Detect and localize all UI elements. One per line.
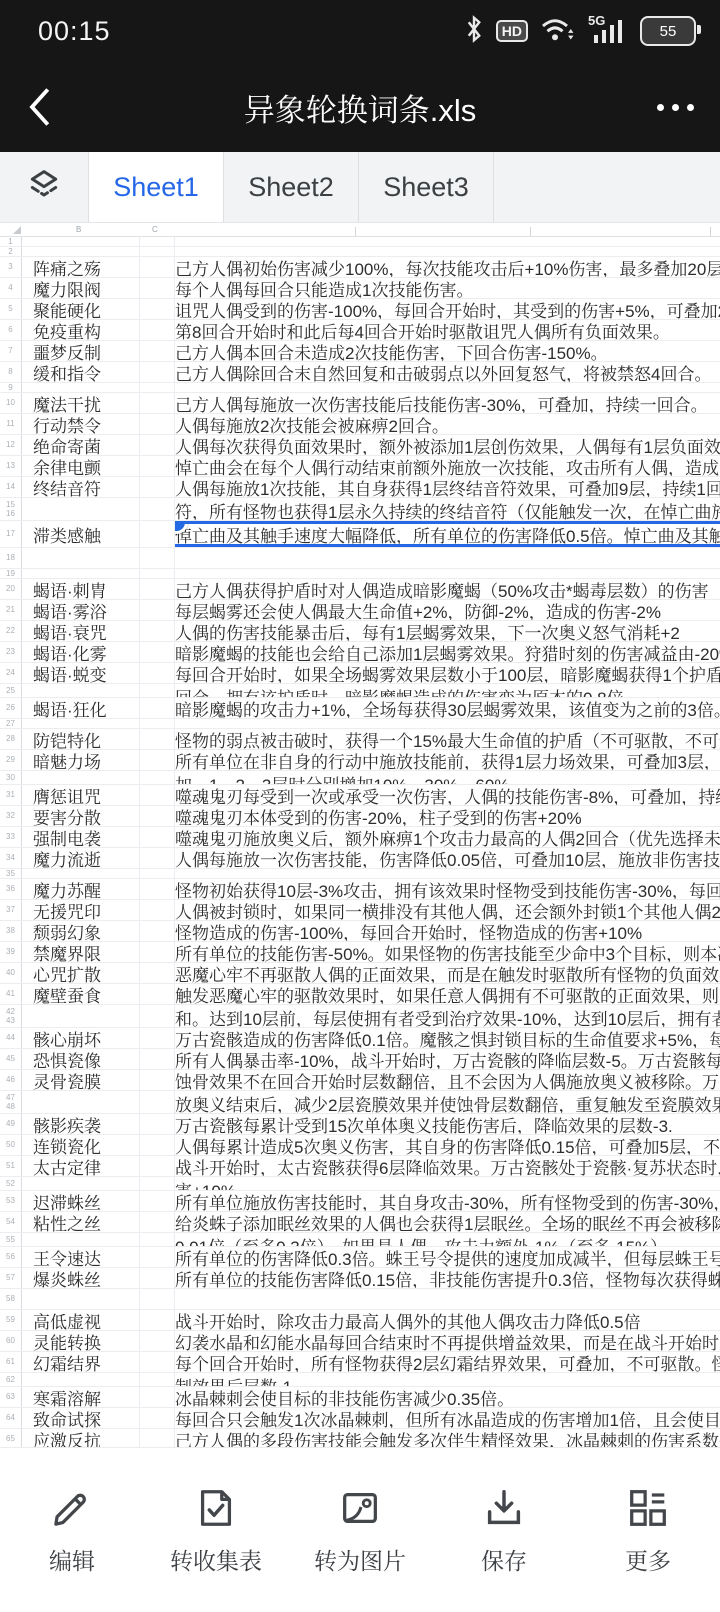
table-row[interactable]: 12绝命寄菌人偶每次获得负面效果时，额外被添加1层创伤效果，人偶每有1层负面效果 bbox=[0, 435, 720, 456]
row-number: 24 bbox=[0, 663, 22, 683]
cell-empty[interactable] bbox=[140, 879, 175, 899]
table-row[interactable]: 49骸影疾袭万古瓷骸每累计受到15次单体奥义技能伤害后，降临效果的层数-3. bbox=[0, 1114, 720, 1135]
cell-entry-name[interactable]: 禁魔界限 bbox=[22, 942, 140, 962]
cell-entry-name[interactable]: 要害分散 bbox=[22, 806, 140, 826]
cell-entry-name[interactable] bbox=[22, 383, 140, 392]
cell-entry-name[interactable]: 终结音符 bbox=[22, 477, 140, 497]
convert-form-button[interactable]: 转收集表 bbox=[166, 1485, 266, 1576]
spreadsheet[interactable]: B C 123阵痛之殇己方人偶初始伤害减少100%，每次技能攻击后+10%伤害，… bbox=[0, 223, 720, 1447]
cell-empty[interactable] bbox=[140, 1212, 175, 1232]
tab-sheet2[interactable]: Sheet2 bbox=[224, 152, 359, 222]
save-download-icon bbox=[481, 1485, 527, 1531]
row-number: 44 bbox=[0, 1028, 22, 1048]
cell-empty[interactable] bbox=[140, 521, 175, 547]
save-button[interactable]: 保存 bbox=[454, 1485, 554, 1576]
cell-description[interactable]: 人偶每累计造成5次奥义伤害，其自身的伤害降低0.15倍，可叠加5层，不可 bbox=[175, 1135, 720, 1155]
table-row[interactable]: 60灵能转换幻袭水晶和幻能水晶每回合结束时不再提供增益效果，而是在战斗开始时直 bbox=[0, 1331, 720, 1352]
cell-description[interactable]: 怪物的弱点被击破时，获得一个15%最大生命值的护盾（不可驱散，不可免 bbox=[175, 729, 720, 749]
row-number: 29 bbox=[0, 750, 22, 770]
sheet-switcher-button[interactable] bbox=[0, 152, 89, 222]
cell-description[interactable]: 0.01倍（至多0.3倍）。如果是人偶，攻击力额外-1%（至多-15%） bbox=[175, 1233, 720, 1246]
cell-empty[interactable] bbox=[140, 548, 175, 568]
table-row[interactable]: 65应激反抗己方人偶的多段伤害技能会触发多次伴生精怪效果，冰晶棘刺的伤害系数+2 bbox=[0, 1429, 720, 1447]
cell-entry-name[interactable]: 蝎语·狂化 bbox=[22, 698, 140, 718]
cell-entry-name[interactable]: 无援咒印 bbox=[22, 900, 140, 920]
table-row[interactable]: 58 bbox=[0, 1289, 720, 1310]
cell-description[interactable] bbox=[175, 548, 720, 568]
cell-entry-name[interactable]: 致命试探 bbox=[22, 1408, 140, 1428]
cell-entry-name[interactable]: 防铠特化 bbox=[22, 729, 140, 749]
cell-empty[interactable] bbox=[140, 498, 175, 520]
cell-description[interactable] bbox=[175, 569, 720, 578]
status-icons: HD 5G 55 bbox=[464, 14, 696, 49]
cell-description[interactable]: 己方人偶的多段伤害技能会触发多次伴生精怪效果，冰晶棘刺的伤害系数+2 bbox=[175, 1429, 720, 1447]
table-row[interactable]: 21蝎语·雾浴每层蝎雾还会使人偶最大生命值+2%，防御-2%，造成的伤害-2% bbox=[0, 600, 720, 621]
cell-empty[interactable] bbox=[140, 362, 175, 382]
cell-description[interactable]: 怪物造成的伤害-100%，每回合开始时，怪物造成的伤害+10% bbox=[175, 921, 720, 941]
cell-entry-name[interactable] bbox=[22, 569, 140, 578]
cell-description[interactable]: 和。达到10层前，每层使拥有者受到治疗效果-10%，达到10层后，拥有者受 bbox=[175, 1005, 720, 1027]
cell-empty[interactable] bbox=[140, 414, 175, 434]
cell-description[interactable]: 万古瓷骸每累计受到15次单体奥义技能伤害后，降临效果的层数-3. bbox=[175, 1114, 720, 1134]
cell-description[interactable]: 触发恶魔心牢的驱散效果时，如果任意人偶拥有不可驱散的正面效果，则改 bbox=[175, 984, 720, 1004]
cell-empty[interactable] bbox=[140, 299, 175, 319]
table-row[interactable]: 54粘性之丝给炎蛛子添加眠丝效果的人偶也会获得1层眠丝。全场的眠丝不再会被移除， bbox=[0, 1212, 720, 1233]
table-row[interactable]: 33强制电袭噬魂鬼刃施放奥义后，额外麻痹1个攻击力最高的人偶2回合（优先选择未麻 bbox=[0, 827, 720, 848]
row-number: 11 bbox=[0, 414, 22, 434]
cell-entry-name[interactable]: 颓弱幻象 bbox=[22, 921, 140, 941]
cell-empty[interactable] bbox=[140, 719, 175, 728]
table-row[interactable]: 1516符，所有怪物也获得1层永久持续的终结音符（仅能触发一次，在悼亡曲施放 bbox=[0, 498, 720, 521]
table-row[interactable]: 14终结音符人偶每施放1次技能，其自身获得1层终结音符效果，可叠加9层，持续1回… bbox=[0, 477, 720, 498]
row-number: 55 bbox=[0, 1233, 22, 1246]
cell-empty[interactable] bbox=[140, 1191, 175, 1211]
cell-empty[interactable] bbox=[140, 393, 175, 413]
cell-entry-name[interactable]: 滞类感触 bbox=[22, 521, 140, 547]
cell-description[interactable]: 战斗开始时，太古瓷骸获得6层降临效果。万古瓷骸处于瓷骸·复苏状态时， bbox=[175, 1156, 720, 1176]
table-row[interactable]: 38颓弱幻象怪物造成的伤害-100%，每回合开始时，怪物造成的伤害+10% bbox=[0, 921, 720, 942]
row-number: 3 bbox=[0, 257, 22, 277]
cell-empty[interactable] bbox=[140, 237, 175, 246]
cell-empty[interactable] bbox=[140, 1005, 175, 1027]
cell-description[interactable]: 噬魂鬼刃施放奥义后，额外麻痹1个攻击力最高的人偶2回合（优先选择未麻 bbox=[175, 827, 720, 847]
cell-empty[interactable] bbox=[140, 1310, 175, 1330]
cell-empty[interactable] bbox=[140, 1156, 175, 1176]
table-row[interactable]: 56王令速达所有单位的伤害降低0.3倍。蛛王号令提供的速度加成减半，但每层蛛王号… bbox=[0, 1247, 720, 1268]
row-number: 39 bbox=[0, 942, 22, 962]
cell-empty[interactable] bbox=[140, 435, 175, 455]
table-row[interactable]: 64致命试探每回合只会触发1次冰晶棘刺，但所有冰晶造成的伤害增加1倍，且会使目标 bbox=[0, 1408, 720, 1429]
selection-handle[interactable] bbox=[175, 521, 188, 534]
cell-empty[interactable] bbox=[140, 569, 175, 578]
cell-description[interactable]: 噬魂鬼刃本体受到的伤害-20%，柱子受到的伤害+20% bbox=[175, 806, 720, 826]
cell-empty[interactable] bbox=[140, 771, 175, 784]
cell-empty[interactable] bbox=[140, 1331, 175, 1351]
cell-entry-name[interactable]: 魔力流逝 bbox=[22, 848, 140, 868]
row-number: 33 bbox=[0, 827, 22, 847]
cell-description[interactable]: 悼亡曲及其触手速度大幅降低，所有单位的伤害降低0.5倍。悼亡曲及其触手 bbox=[175, 521, 720, 547]
cell-empty[interactable] bbox=[140, 963, 175, 983]
column-header-c[interactable]: C bbox=[152, 223, 158, 236]
table-row[interactable]: 26蝎语·狂化暗影魔蝎的攻击力+1%，全场每获得30层蝎雾效果，该值变为之前的3… bbox=[0, 698, 720, 719]
row-number: 35 bbox=[0, 869, 22, 878]
cell-empty[interactable] bbox=[140, 785, 175, 805]
signal-5g-icon: 5G bbox=[588, 15, 628, 47]
table-row[interactable]: 6免疫重构第8回合开始时和此后每4回合开始时驱散诅咒人偶所有负面效果。 bbox=[0, 320, 720, 341]
cell-empty[interactable] bbox=[140, 1429, 175, 1447]
cell-empty[interactable] bbox=[140, 1373, 175, 1386]
cell-empty[interactable] bbox=[140, 1177, 175, 1190]
table-row[interactable]: 63寒霜溶解冰晶棘刺会使目标的非技能伤害减少0.35倍。 bbox=[0, 1387, 720, 1408]
cell-entry-name[interactable]: 灵能转换 bbox=[22, 1331, 140, 1351]
cell-empty[interactable] bbox=[140, 750, 175, 770]
table-row[interactable]: 5聚能硬化诅咒人偶受到的伤害-100%，每回合开始时，其受到的伤害+5%，可叠加… bbox=[0, 299, 720, 320]
cell-empty[interactable] bbox=[140, 247, 175, 256]
cell-description[interactable]: 己方人偶每施放一次伤害技能后技能伤害-30%，可叠加，持续一回合。 bbox=[175, 393, 720, 413]
table-row[interactable]: 28防铠特化怪物的弱点被击破时，获得一个15%最大生命值的护盾（不可驱散，不可免 bbox=[0, 729, 720, 750]
row-number: 23 bbox=[0, 642, 22, 662]
cell-entry-name[interactable] bbox=[22, 1289, 140, 1309]
cell-description[interactable]: 战斗开始时，除攻击力最高人偶外的其他人偶攻击力降低0.5倍 bbox=[175, 1310, 720, 1330]
cell-empty[interactable] bbox=[140, 1247, 175, 1267]
cell-description[interactable]: 每个回合开始时，所有怪物获得2层幻霜结界效果，可叠加，不可驱散。怪物 bbox=[175, 1352, 720, 1372]
cell-empty[interactable] bbox=[140, 984, 175, 1004]
table-row[interactable]: 1 bbox=[0, 237, 720, 247]
cell-description[interactable]: 幻袭水晶和幻能水晶每回合结束时不再提供增益效果，而是在战斗开始时直 bbox=[175, 1331, 720, 1351]
table-row[interactable]: 62制效果后层数-1 bbox=[0, 1373, 720, 1387]
select-all-corner[interactable] bbox=[13, 226, 21, 234]
row-number: 60 bbox=[0, 1331, 22, 1351]
battery-icon: 55 bbox=[640, 16, 696, 46]
table-row[interactable]: 25回合，拥有该护盾时，暗影魔蝎造成的伤害变为原本的0.8倍 bbox=[0, 684, 720, 698]
cell-description[interactable]: 所有单位的技能伤害-50%。如果怪物的伤害技能至少命中3个目标，则本次 bbox=[175, 942, 720, 962]
cell-description[interactable]: 每回合开始时，如果全场蝎雾效果层数小于100层，暗影魔蝎获得1个护盾 bbox=[175, 663, 720, 683]
cell-description[interactable]: 所有人偶暴击率-10%，战斗开始时，万古瓷骸的降临层数-5。万古瓷骸每被 bbox=[175, 1049, 720, 1069]
cell-entry-name[interactable]: 缓和指令 bbox=[22, 362, 140, 382]
cell-entry-name[interactable]: 余律电颤 bbox=[22, 456, 140, 476]
cell-entry-name[interactable] bbox=[22, 771, 140, 784]
column-header-b[interactable]: B bbox=[76, 223, 81, 236]
cell-empty[interactable] bbox=[140, 320, 175, 340]
table-row[interactable]: 13余律电颤悼亡曲会在每个人偶行动结束前额外施放一次技能，攻击所有人偶，造成1次 bbox=[0, 456, 720, 477]
table-row[interactable]: 36魔力苏醒怪物初始获得10层-3%攻击，拥有该效果时怪物受到技能伤害-30%，… bbox=[0, 879, 720, 900]
cell-entry-name[interactable] bbox=[22, 1005, 140, 1027]
cell-entry-name[interactable]: 爆炎蛛丝 bbox=[22, 1268, 140, 1288]
cell-empty[interactable] bbox=[140, 921, 175, 941]
cell-empty[interactable] bbox=[140, 600, 175, 620]
row-number: 2 bbox=[0, 247, 22, 256]
cell-description[interactable]: 噬魂鬼刃每受到一次或承受一次伤害，人偶的技能伤害-8%，可叠加，持续1 bbox=[175, 785, 720, 805]
table-row[interactable]: 31膺惩诅咒噬魂鬼刃每受到一次或承受一次伤害，人偶的技能伤害-8%，可叠加，持续… bbox=[0, 785, 720, 806]
cell-entry-name[interactable]: 高低虚视 bbox=[22, 1310, 140, 1330]
row-number: 34 bbox=[0, 848, 22, 868]
cell-description[interactable]: 人偶每施放2次技能会被麻痹2回合。 bbox=[175, 414, 720, 434]
cell-entry-name[interactable]: 蝎语·蜕变 bbox=[22, 663, 140, 683]
cell-empty[interactable] bbox=[140, 942, 175, 962]
cell-empty[interactable] bbox=[140, 1268, 175, 1288]
row-number: 37 bbox=[0, 900, 22, 920]
table-row[interactable]: 35 bbox=[0, 869, 720, 879]
cell-entry-name[interactable]: 绝命寄菌 bbox=[22, 435, 140, 455]
cell-empty[interactable] bbox=[140, 1114, 175, 1134]
table-row[interactable]: 4243和。达到10层前，每层使拥有者受到治疗效果-10%，达到10层后，拥有者… bbox=[0, 1005, 720, 1028]
cell-empty[interactable] bbox=[140, 1352, 175, 1372]
cell-empty[interactable] bbox=[140, 1070, 175, 1090]
cell-empty[interactable] bbox=[140, 1233, 175, 1246]
cell-entry-name[interactable] bbox=[22, 719, 140, 728]
cell-entry-name[interactable] bbox=[22, 1091, 140, 1113]
table-row[interactable]: 53迟滞蛛丝所有单位施放伤害技能时，其自身攻击-30%，所有怪物受到的伤害-30… bbox=[0, 1191, 720, 1212]
row-number: 40 bbox=[0, 963, 22, 983]
table-row[interactable]: 41魔壁蚕食触发恶魔心牢的驱散效果时，如果任意人偶拥有不可驱散的正面效果，则改 bbox=[0, 984, 720, 1005]
cell-empty[interactable] bbox=[140, 698, 175, 718]
bluetooth-icon bbox=[464, 14, 484, 49]
cell-description[interactable]: 所有单位施放伤害技能时，其自身攻击-30%，所有怪物受到的伤害-30%，均 bbox=[175, 1191, 720, 1211]
cell-description[interactable]: 每回合只会触发1次冰晶棘刺，但所有冰晶造成的伤害增加1倍，且会使目标 bbox=[175, 1408, 720, 1428]
table-row[interactable]: 34魔力流逝人偶每施放一次伤害技能，伤害降低0.05倍，可叠加10层，施放非伤害… bbox=[0, 848, 720, 869]
cell-description[interactable]: 暗影魔蝎的攻击力+1%，全场每获得30层蝎雾效果，该值变为之前的3倍。 bbox=[175, 698, 720, 718]
cell-empty[interactable] bbox=[140, 278, 175, 298]
cell-entry-name[interactable] bbox=[22, 1233, 140, 1246]
cell-description[interactable]: 加，1、2、3层时分别增加10%、30%、60% bbox=[175, 771, 720, 784]
cell-description[interactable]: 给炎蛛子添加眠丝效果的人偶也会获得1层眠丝。全场的眠丝不再会被移除， bbox=[175, 1212, 720, 1232]
cell-empty[interactable] bbox=[140, 900, 175, 920]
cell-entry-name[interactable]: 魔壁蚕食 bbox=[22, 984, 140, 1004]
back-button[interactable] bbox=[26, 86, 96, 128]
cell-description[interactable]: 回合，拥有该护盾时，暗影魔蝎造成的伤害变为原本的0.8倍 bbox=[175, 684, 720, 697]
cell-description[interactable] bbox=[175, 383, 720, 392]
cell-entry-name[interactable] bbox=[22, 869, 140, 878]
cell-empty[interactable] bbox=[140, 684, 175, 697]
more-menu-button[interactable] bbox=[624, 104, 694, 111]
cell-entry-name[interactable]: 蝎语·衰咒 bbox=[22, 621, 140, 641]
table-row[interactable]: 9 bbox=[0, 383, 720, 393]
cell-description[interactable]: 制效果后层数-1 bbox=[175, 1373, 720, 1386]
cell-empty[interactable] bbox=[140, 663, 175, 683]
column-header-row: B C bbox=[0, 223, 720, 237]
table-row[interactable]: 8缓和指令己方人偶除回合末自然回复和击破弱点以外回复怒气，将被禁怒4回合。 bbox=[0, 362, 720, 383]
cell-empty[interactable] bbox=[140, 1049, 175, 1069]
table-row[interactable]: 3阵痛之殇己方人偶初始伤害减少100%，每次技能攻击后+10%伤害，最多叠加20… bbox=[0, 257, 720, 278]
cell-entry-name[interactable]: 免疫重构 bbox=[22, 320, 140, 340]
table-row[interactable]: 30加，1、2、3层时分别增加10%、30%、60% bbox=[0, 771, 720, 785]
convert-image-button[interactable]: 转为图片 bbox=[310, 1485, 410, 1576]
cell-entry-name[interactable] bbox=[22, 247, 140, 256]
cell-description[interactable]: 己方人偶除回合末自然回复和击破弱点以外回复怒气，将被禁怒4回合。 bbox=[175, 362, 720, 382]
cell-description[interactable]: 所有单位的伤害降低0.3倍。蛛王号令提供的速度加成减半，但每层蛛王号令 bbox=[175, 1247, 720, 1267]
cell-entry-name[interactable]: 寒霜溶解 bbox=[22, 1387, 140, 1407]
cell-description[interactable]: 己方人偶本回合未造成2次技能伤害，下回合伤害-150%。 bbox=[175, 341, 720, 361]
cell-empty[interactable] bbox=[140, 383, 175, 392]
pencil-icon bbox=[49, 1485, 95, 1531]
cell-empty[interactable] bbox=[140, 869, 175, 878]
cell-entry-name[interactable]: 阵痛之殇 bbox=[22, 257, 140, 277]
cell-entry-name[interactable]: 应激反抗 bbox=[22, 1429, 140, 1447]
row-number: 6 bbox=[0, 320, 22, 340]
row-number: 4243 bbox=[0, 1005, 22, 1027]
cell-description[interactable]: 人偶被封锁时，如果同一横排没有其他人偶，还会额外封锁1个其他人偶2回 bbox=[175, 900, 720, 920]
table-row[interactable]: 11行动禁令人偶每施放2次技能会被麻痹2回合。 bbox=[0, 414, 720, 435]
table-row[interactable]: 51太古定律战斗开始时，太古瓷骸获得6层降临效果。万古瓷骸处于瓷骸·复苏状态时， bbox=[0, 1156, 720, 1177]
cell-entry-name[interactable] bbox=[22, 237, 140, 246]
cell-entry-name[interactable]: 噩梦反制 bbox=[22, 341, 140, 361]
cell-entry-name[interactable]: 太古定律 bbox=[22, 1156, 140, 1176]
cell-entry-name[interactable]: 魔力限阀 bbox=[22, 278, 140, 298]
row-number: 9 bbox=[0, 383, 22, 392]
row-number: 18 bbox=[0, 548, 22, 568]
table-row[interactable]: 23蝎语·化雾暗影魔蝎的技能也会给自己添加1层蝎雾效果。狩猎时刻的伤害减益由-2… bbox=[0, 642, 720, 663]
cell-empty[interactable] bbox=[140, 456, 175, 476]
cell-entry-name[interactable]: 幻霜结界 bbox=[22, 1352, 140, 1372]
table-row[interactable]: 10魔法干扰己方人偶每施放一次伤害技能后技能伤害-30%，可叠加，持续一回合。 bbox=[0, 393, 720, 414]
cell-entry-name[interactable]: 连锁瓷化 bbox=[22, 1135, 140, 1155]
table-row[interactable]: 18 bbox=[0, 548, 720, 569]
cell-empty[interactable] bbox=[140, 257, 175, 277]
table-row[interactable]: 7噩梦反制己方人偶本回合未造成2次技能伤害，下回合伤害-150%。 bbox=[0, 341, 720, 362]
cell-empty[interactable] bbox=[140, 848, 175, 868]
cell-entry-name[interactable]: 强制电袭 bbox=[22, 827, 140, 847]
more-button[interactable]: 更多 bbox=[598, 1485, 698, 1576]
table-row[interactable]: 50连锁瓷化人偶每累计造成5次奥义伤害，其自身的伤害降低0.15倍，可叠加5层，… bbox=[0, 1135, 720, 1156]
cell-description[interactable]: 害+10% bbox=[175, 1177, 720, 1190]
row-number: 61 bbox=[0, 1352, 22, 1372]
cell-description[interactable]: 诅咒人偶受到的伤害-100%，每回合开始时，其受到的伤害+5%，可叠加20, bbox=[175, 299, 720, 319]
cell-entry-name[interactable]: 王令速达 bbox=[22, 1247, 140, 1267]
cell-description[interactable]: 怪物初始获得10层-3%攻击，拥有该效果时怪物受到技能伤害-30%，每回合 bbox=[175, 879, 720, 899]
cell-empty[interactable] bbox=[140, 1387, 175, 1407]
table-row[interactable]: 44骸心崩坏万古瓷骸造成的伤害降低0.1倍。魔骸之惧封锁目标的生命值要求+5%，… bbox=[0, 1028, 720, 1049]
row-number: 25 bbox=[0, 684, 22, 697]
table-row[interactable]: 27 bbox=[0, 719, 720, 729]
table-row[interactable]: 4魔力限阀每个人偶每回合只能造成1次技能伤害。 bbox=[0, 278, 720, 299]
cell-entry-name[interactable] bbox=[22, 1373, 140, 1386]
cell-entry-name[interactable]: 灵骨瓷膜 bbox=[22, 1070, 140, 1090]
cell-entry-name[interactable]: 暗魅力场 bbox=[22, 750, 140, 770]
cell-empty[interactable] bbox=[140, 642, 175, 662]
cell-entry-name[interactable]: 骸心崩坏 bbox=[22, 1028, 140, 1048]
table-row[interactable]: 22蝎语·衰咒人偶的伤害技能暴击后，每有1层蝎雾效果，下一次奥义怒气消耗+2 bbox=[0, 621, 720, 642]
cell-description[interactable]: 己方人偶初始伤害减少100%，每次技能攻击后+10%伤害，最多叠加20层。 bbox=[175, 257, 720, 277]
cell-description[interactable]: 每个人偶每回合只能造成1次技能伤害。 bbox=[175, 278, 720, 298]
table-row[interactable]: 59高低虚视战斗开始时，除攻击力最高人偶外的其他人偶攻击力降低0.5倍 bbox=[0, 1310, 720, 1331]
table-row[interactable]: 37无援咒印人偶被封锁时，如果同一横排没有其他人偶，还会额外封锁1个其他人偶2回 bbox=[0, 900, 720, 921]
cell-description[interactable]: 蚀骨效果不在回合开始时层数翻倍，且不会因为人偶施放奥义被移除。万古 bbox=[175, 1070, 720, 1090]
row-number: 30 bbox=[0, 771, 22, 784]
cell-empty[interactable] bbox=[140, 806, 175, 826]
cell-description[interactable] bbox=[175, 247, 720, 256]
cell-description[interactable]: 放奥义结束后，减少2层瓷膜效果并使蚀骨层数翻倍，重复触发至瓷膜效果不 bbox=[175, 1091, 720, 1113]
cell-empty[interactable] bbox=[140, 1135, 175, 1155]
cell-empty[interactable] bbox=[140, 1289, 175, 1309]
row-number: 41 bbox=[0, 984, 22, 1004]
tab-sheet3[interactable]: Sheet3 bbox=[359, 152, 494, 222]
cell-description[interactable]: 每层蝎雾还会使人偶最大生命值+2%，防御-2%，造成的伤害-2% bbox=[175, 600, 720, 620]
table-row[interactable]: 17滞类感触悼亡曲及其触手速度大幅降低，所有单位的伤害降低0.5倍。悼亡曲及其触… bbox=[0, 521, 720, 548]
cell-entry-name[interactable]: 魔法干扰 bbox=[22, 393, 140, 413]
table-row[interactable]: 57爆炎蛛丝所有单位的技能伤害降低0.15倍，非技能伤害提升0.3倍，怪物每次获… bbox=[0, 1268, 720, 1289]
table-row[interactable]: 20蝎语·刺胄己方人偶获得护盾时对人偶造成暗影魔蝎（50%攻击*蝎毒层数）的伤害 bbox=[0, 579, 720, 600]
table-row[interactable]: 39禁魔界限所有单位的技能伤害-50%。如果怪物的伤害技能至少命中3个目标，则本… bbox=[0, 942, 720, 963]
cell-entry-name[interactable]: 迟滞蛛丝 bbox=[22, 1191, 140, 1211]
table-row[interactable]: 29暗魅力场所有单位在非自身的行动中施放技能前，获得1层力场效果，可叠加3层，持 bbox=[0, 750, 720, 771]
table-row[interactable]: 24蝎语·蜕变每回合开始时，如果全场蝎雾效果层数小于100层，暗影魔蝎获得1个护… bbox=[0, 663, 720, 684]
cell-entry-name[interactable]: 行动禁令 bbox=[22, 414, 140, 434]
row-number: 12 bbox=[0, 435, 22, 455]
row-number: 51 bbox=[0, 1156, 22, 1176]
cell-description[interactable]: 冰晶棘刺会使目标的非技能伤害减少0.35倍。 bbox=[175, 1387, 720, 1407]
cell-empty[interactable] bbox=[140, 1028, 175, 1048]
cell-entry-name[interactable]: 蝎语·化雾 bbox=[22, 642, 140, 662]
cell-description[interactable]: 暗影魔蝎的技能也会给自己添加1层蝎雾效果。狩猎时刻的伤害减益由-20% bbox=[175, 642, 720, 662]
cell-entry-name[interactable]: 粘性之丝 bbox=[22, 1212, 140, 1232]
cell-description[interactable]: 所有单位在非自身的行动中施放技能前，获得1层力场效果，可叠加3层，持 bbox=[175, 750, 720, 770]
cell-empty[interactable] bbox=[140, 1091, 175, 1113]
cell-entry-name[interactable]: 蝎语·刺胄 bbox=[22, 579, 140, 599]
cell-entry-name[interactable]: 膺惩诅咒 bbox=[22, 785, 140, 805]
cell-description[interactable] bbox=[175, 237, 720, 246]
cell-description[interactable]: 人偶每施放一次伤害技能，伤害降低0.05倍，可叠加10层，施放非伤害技能 bbox=[175, 848, 720, 868]
table-row[interactable]: 4748放奥义结束后，减少2层瓷膜效果并使蚀骨层数翻倍，重复触发至瓷膜效果不 bbox=[0, 1091, 720, 1114]
cell-empty[interactable] bbox=[140, 579, 175, 599]
cell-description[interactable] bbox=[175, 869, 720, 878]
cell-entry-name[interactable]: 骸影疾袭 bbox=[22, 1114, 140, 1134]
table-row[interactable]: 550.01倍（至多0.3倍）。如果是人偶，攻击力额外-1%（至多-15%） bbox=[0, 1233, 720, 1247]
table-row[interactable]: 32要害分散噬魂鬼刃本体受到的伤害-20%，柱子受到的伤害+20% bbox=[0, 806, 720, 827]
table-row[interactable]: 46灵骨瓷膜蚀骨效果不在回合开始时层数翻倍，且不会因为人偶施放奥义被移除。万古 bbox=[0, 1070, 720, 1091]
cell-empty[interactable] bbox=[140, 827, 175, 847]
cell-description[interactable]: 所有单位的技能伤害降低0.15倍，非技能伤害提升0.3倍，怪物每次获得蛛王 bbox=[175, 1268, 720, 1288]
cell-entry-name[interactable] bbox=[22, 548, 140, 568]
row-number: 50 bbox=[0, 1135, 22, 1155]
cell-description[interactable]: 己方人偶获得护盾时对人偶造成暗影魔蝎（50%攻击*蝎毒层数）的伤害 bbox=[175, 579, 720, 599]
cell-description[interactable] bbox=[175, 1289, 720, 1309]
edit-button[interactable]: 编辑 bbox=[22, 1485, 122, 1576]
row-number: 38 bbox=[0, 921, 22, 941]
cell-entry-name[interactable]: 蝎语·雾浴 bbox=[22, 600, 140, 620]
cell-entry-name[interactable] bbox=[22, 498, 140, 520]
cell-description[interactable]: 人偶每次获得负面效果时，额外被添加1层创伤效果，人偶每有1层负面效果 bbox=[175, 435, 720, 455]
cell-empty[interactable] bbox=[140, 477, 175, 497]
cell-description[interactable]: 人偶的伤害技能暴击后，每有1层蝎雾效果，下一次奥义怒气消耗+2 bbox=[175, 621, 720, 641]
table-row[interactable]: 2 bbox=[0, 247, 720, 257]
table-row[interactable]: 61幻霜结界每个回合开始时，所有怪物获得2层幻霜结界效果，可叠加，不可驱散。怪物 bbox=[0, 1352, 720, 1373]
cell-empty[interactable] bbox=[140, 1408, 175, 1428]
cell-entry-name[interactable]: 心咒扩散 bbox=[22, 963, 140, 983]
cell-description[interactable]: 第8回合开始时和此后每4回合开始时驱散诅咒人偶所有负面效果。 bbox=[175, 320, 720, 340]
table-row[interactable]: 40心咒扩散恶魔心牢不再驱散人偶的正面效果，而是在触发时驱散所有怪物的负面效果 bbox=[0, 963, 720, 984]
cell-entry-name[interactable] bbox=[22, 1177, 140, 1190]
row-number: 20 bbox=[0, 579, 22, 599]
cell-description[interactable]: 万古瓷骸造成的伤害降低0.1倍。魔骸之惧封锁目标的生命值要求+5%，每累 bbox=[175, 1028, 720, 1048]
cell-description[interactable]: 悼亡曲会在每个人偶行动结束前额外施放一次技能，攻击所有人偶，造成1次 bbox=[175, 456, 720, 476]
cell-empty[interactable] bbox=[140, 729, 175, 749]
cell-entry-name[interactable] bbox=[22, 684, 140, 697]
cell-empty[interactable] bbox=[140, 621, 175, 641]
cell-description[interactable]: 符，所有怪物也获得1层永久持续的终结音符（仅能触发一次，在悼亡曲施放 bbox=[175, 498, 720, 520]
table-row[interactable]: 45恐惧瓷像所有人偶暴击率-10%，战斗开始时，万古瓷骸的降临层数-5。万古瓷骸… bbox=[0, 1049, 720, 1070]
cell-empty[interactable] bbox=[140, 341, 175, 361]
cell-description[interactable]: 人偶每施放1次技能，其自身获得1层终结音符效果，可叠加9层，持续1回合 bbox=[175, 477, 720, 497]
cell-entry-name[interactable]: 恐惧瓷像 bbox=[22, 1049, 140, 1069]
cell-entry-name[interactable]: 魔力苏醒 bbox=[22, 879, 140, 899]
tab-sheet1[interactable]: Sheet1 bbox=[89, 152, 224, 222]
table-row[interactable]: 52害+10% bbox=[0, 1177, 720, 1191]
cell-description[interactable] bbox=[175, 719, 720, 728]
row-number: 1516 bbox=[0, 498, 22, 520]
cell-description[interactable]: 恶魔心牢不再驱散人偶的正面效果，而是在触发时驱散所有怪物的负面效果 bbox=[175, 963, 720, 983]
table-row[interactable]: 19 bbox=[0, 569, 720, 579]
cell-entry-name[interactable]: 聚能硬化 bbox=[22, 299, 140, 319]
